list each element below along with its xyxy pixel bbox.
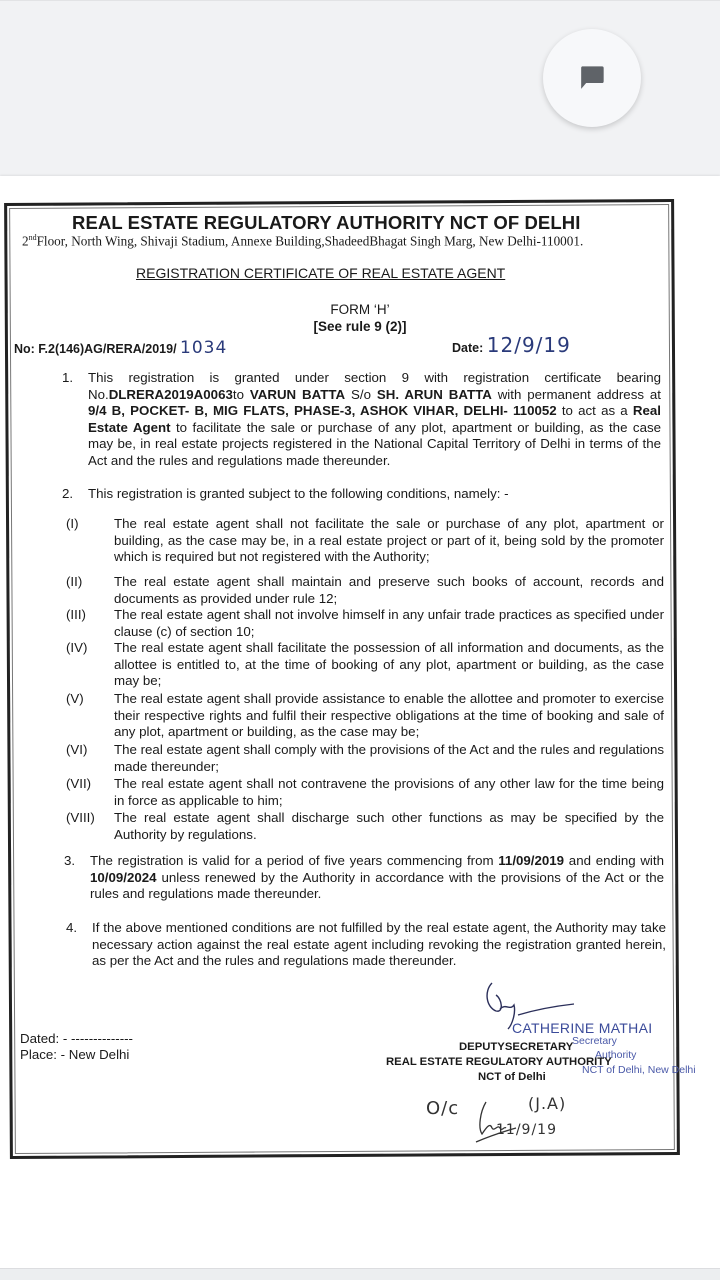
condition-text: The real estate agent shall comply with … [114,742,664,774]
condition-item: (IV)The real estate agent shall facilita… [114,640,664,690]
handwritten-ref-number: 1034 [180,338,227,358]
condition-item: (II)The real estate agent shall maintain… [114,574,664,607]
paragraph-4: 4. If the above mentioned conditions are… [92,920,666,970]
place-label: Place: - New Delhi [20,1047,129,1062]
form-rule: [See rule 9 (2)] [0,319,720,334]
condition-number: (VI) [66,742,87,759]
dated-label: Dated: - -------------- [20,1031,133,1046]
scanned-document-page: REAL ESTATE REGULATORY AUTHORITY NCT OF … [0,176,720,1268]
agent-address: 9/4 B, POCKET- B, MIG FLATS, PHASE-3, AS… [88,403,557,418]
signatory-designation: DEPUTYSECRETARY [459,1041,573,1053]
condition-text: The real estate agent shall provide assi… [114,691,664,739]
condition-number: (VIII) [66,810,95,827]
stamp-designation: Secretary [572,1035,617,1047]
condition-number: (V) [66,691,84,708]
paragraph-1: 1. This registration is granted under se… [88,370,661,470]
authority-title: REAL ESTATE REGULATORY AUTHORITY NCT OF … [72,212,580,234]
condition-item: (VI)The real estate agent shall comply w… [114,742,664,775]
condition-number: (VII) [66,776,91,793]
comment-icon [572,58,612,98]
signatory-organization: REAL ESTATE REGULATORY AUTHORITY [386,1056,612,1068]
oc-initials: (J.A) [528,1094,566,1113]
viewer-top-area [0,0,720,176]
agent-name: VARUN BATTA [250,387,345,402]
condition-number: (III) [66,607,86,624]
reference-number: No: F.2(146)AG/RERA/2019/ 1034 [14,338,227,358]
oc-date: 11/9/19 [496,1122,557,1138]
office-copy-signature: O/c (J.A) 11/9/19 [420,1088,590,1158]
father-name: SH. ARUN BATTA [377,387,492,402]
condition-text: The real estate agent shall not involve … [114,607,664,639]
oc-note: O/c [426,1098,459,1119]
condition-text: The real estate agent shall not contrave… [114,776,664,808]
condition-item: (III)The real estate agent shall not inv… [114,607,664,640]
signatory-jurisdiction: NCT of Delhi [478,1071,546,1083]
condition-number: (II) [66,574,82,591]
validity-start-date: 11/09/2019 [498,853,564,868]
paragraph-2: 2. This registration is granted subject … [88,486,661,503]
condition-item: (VII)The real estate agent shall not con… [114,776,664,809]
condition-number: (I) [66,516,79,533]
condition-text: The real estate agent shall discharge su… [114,810,664,842]
comment-button[interactable] [543,29,641,127]
viewer-bottom-strip [0,1268,720,1280]
condition-text: The real estate agent shall not facilita… [114,516,664,564]
issue-date: Date: 12/9/19 [452,333,571,357]
validity-end-date: 10/09/2024 [90,870,157,885]
paragraph-3: 3. The registration is valid for a perio… [90,853,664,903]
certificate-document: REAL ESTATE REGULATORY AUTHORITY NCT OF … [0,176,720,1268]
condition-text: The real estate agent shall maintain and… [114,574,664,606]
condition-text: The real estate agent shall facilitate t… [114,640,664,688]
condition-item: (V)The real estate agent shall provide a… [114,691,664,741]
stamp-name: CATHERINE MATHAI [512,1020,652,1036]
registration-number: DLRERA2019A0063 [109,387,233,402]
handwritten-date: 12/9/19 [487,333,571,357]
condition-item: (VIII)The real estate agent shall discha… [114,810,664,843]
authority-address: 2ndFloor, North Wing, Shivaji Stadium, A… [22,233,583,249]
condition-number: (IV) [66,640,87,657]
form-label: FORM ‘H’ [0,302,720,317]
certificate-title: REGISTRATION CERTIFICATE OF REAL ESTATE … [136,265,505,281]
condition-item: (I)The real estate agent shall not facil… [114,516,664,566]
